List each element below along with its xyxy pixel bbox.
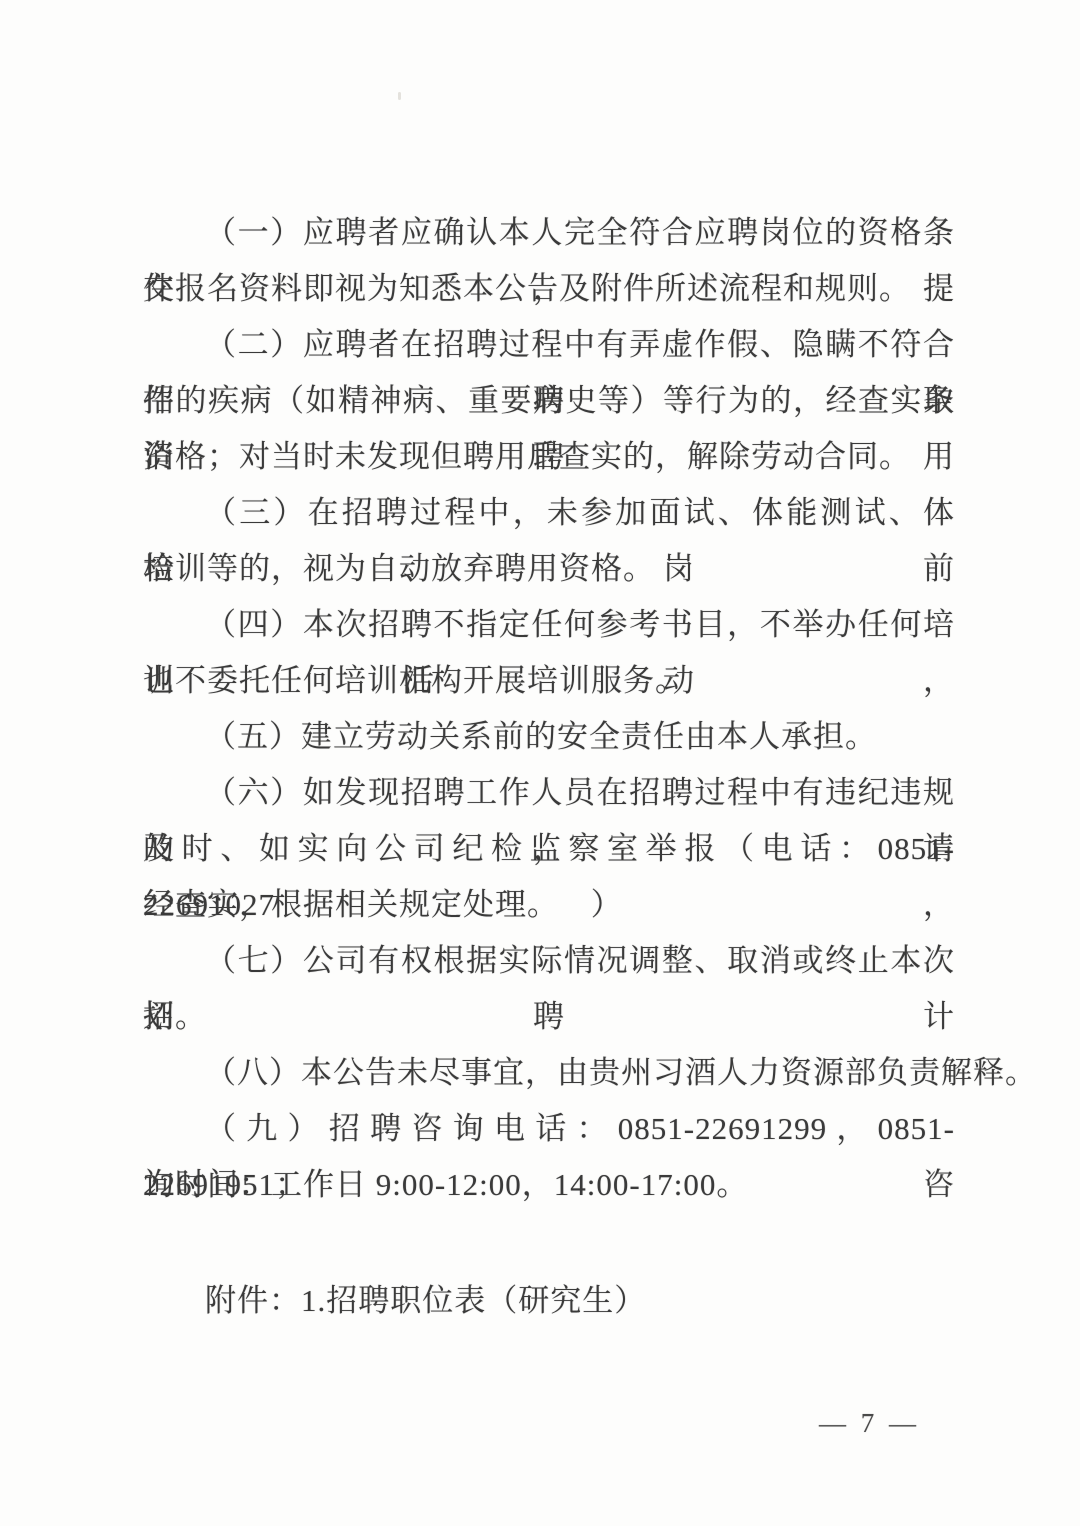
attachment-line: 附件：1.招聘职位表（研究生） xyxy=(143,1273,955,1329)
scan-artifact-dot xyxy=(398,92,401,100)
document-line: 资格；对当时未发现但聘用后查实的，解除劳动合同。 xyxy=(143,429,955,485)
document-line: （七）公司有权根据实际情况调整、取消或终止本次招聘计 xyxy=(143,933,955,989)
page-number: — 7 — xyxy=(819,1408,920,1439)
document-line: 及时、如实向公司纪检监察室举报（电话：0851-22691027）， xyxy=(143,821,955,877)
document-line: （五）建立劳动关系前的安全责任由本人承担。 xyxy=(143,709,955,765)
document-line: （一）应聘者应确认本人完全符合应聘岗位的资格条件，提 xyxy=(143,205,955,261)
scanned-document-page: （一）应聘者应确认本人完全符合应聘岗位的资格条件，提 交报名资料即视为知悉本公告… xyxy=(0,0,1080,1526)
document-line: （八）本公告未尽事宜，由贵州习酒人力资源部负责解释。 xyxy=(143,1045,955,1101)
document-line: （六）如发现招聘工作人员在招聘过程中有违纪违规的，请 xyxy=(143,765,955,821)
document-line: （四）本次招聘不指定任何参考书目，不举办任何培训活动， xyxy=(143,597,955,653)
document-line: 交报名资料即视为知悉本公告及附件所述流程和规则。 xyxy=(143,261,955,317)
document-line: （二）应聘者在招聘过程中有弄虚作假、隐瞒不符合招聘条 xyxy=(143,317,955,373)
document-body: （一）应聘者应确认本人完全符合应聘岗位的资格条件，提 交报名资料即视为知悉本公告… xyxy=(143,205,955,1329)
document-line: （三）在招聘过程中，未参加面试、体能测试、体检、岗前 xyxy=(143,485,955,541)
document-line: 件的疾病（如精神病、重要病史等）等行为的，经查实取消聘用 xyxy=(143,373,955,429)
document-line: （九）招聘咨询电话：0851-22691299，0851-22691951；咨 xyxy=(143,1101,955,1157)
